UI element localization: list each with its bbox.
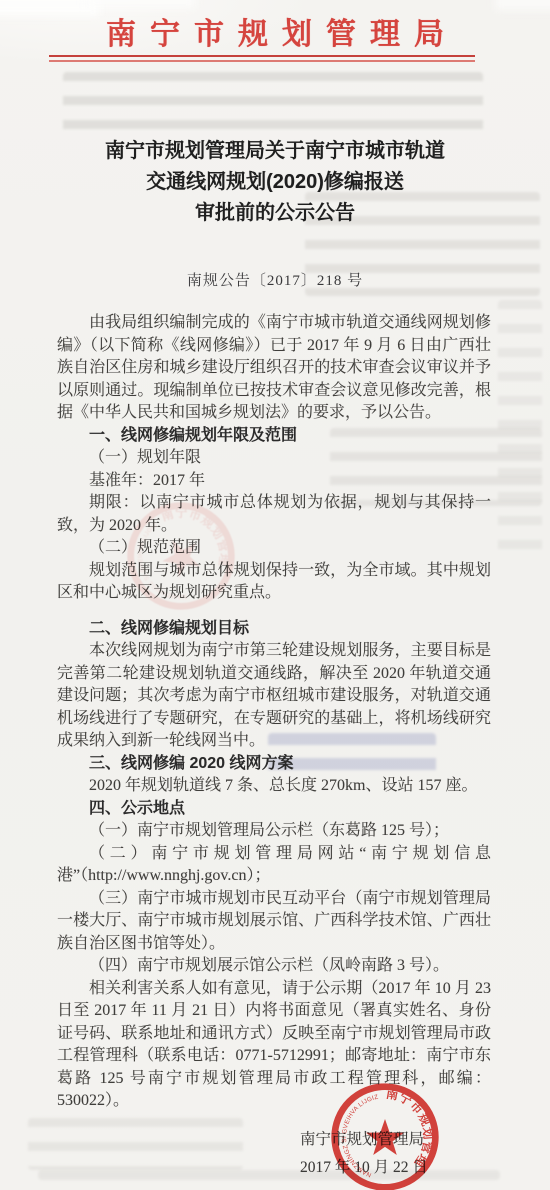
body-paragraph: （二）南宁市规划管理局网站“南宁规划信息港”（http://www.nnghj.… — [57, 843, 491, 888]
body-paragraph: （一）南宁市规划管理局公示栏（东葛路 125 号）； — [57, 820, 491, 843]
scan-artifact — [85, 0, 195, 8]
section-heading: 一、线网修编规划年限及范围 — [57, 425, 491, 448]
seal-star-icon — [156, 531, 206, 581]
title-line-1: 南宁市规划管理局关于南宁市城市轨道 — [0, 136, 550, 167]
body-paragraph: 基准年：2017 年 — [57, 470, 491, 493]
body-paragraph: 2020 年规划轨道线 7 条、总长度 270km、设站 157 座。 — [57, 775, 491, 798]
body-paragraph: 由我局组织编制完成的《南宁市城市轨道交通线网规划修编》（以下简称《线网修编》）已… — [57, 312, 491, 425]
bleedthrough-text — [63, 72, 483, 136]
official-seal-stamp: NAMZNINGZ SI GVEIHVA LIJGIZ 南宁市规划管理局 — [328, 1080, 442, 1190]
letterhead-divider — [49, 55, 475, 62]
document-body: 由我局组织编制完成的《南宁市城市轨道交通线网规划修编》（以下简称《线网修编》）已… — [57, 312, 491, 1113]
section-heading: 四、公示地点 — [57, 798, 491, 821]
seal-star-icon — [366, 1119, 404, 1155]
title-line-3: 审批前的公示公告 — [0, 198, 550, 229]
body-paragraph: （三）南宁市城市规划市民互动平台（南宁市规划管理局一楼大厅、南宁市城市规划展示馆… — [57, 888, 491, 956]
document-title: 南宁市规划管理局关于南宁市城市轨道 交通线网规划(2020)修编报送 审批前的公… — [0, 136, 550, 229]
section-heading: 三、线网修编 2020 线网方案 — [57, 753, 491, 776]
section-heading: 二、线网修编规划目标 — [57, 618, 491, 641]
page: 南宁市规划管理局 南宁市规划管理局关于南宁市城市轨道 交通线网规划(2020)修… — [0, 0, 550, 1190]
document-number: 南规公告〔2017〕218 号 — [0, 270, 550, 292]
body-paragraph: （四）南宁市规划展示馆公示栏（凤岭南路 3 号）。 — [57, 955, 491, 978]
bleedthrough-text — [498, 300, 542, 560]
body-paragraph: （一）规划年限 — [57, 447, 491, 470]
title-line-2: 交通线网规划(2020)修编报送 — [0, 167, 550, 198]
agency-letterhead: 南宁市规划管理局 — [0, 9, 550, 53]
body-paragraph: 本次线网规划为南宁市第三轮建设规划服务，主要目标是完善第二轮建设规划轨道交通线路… — [57, 640, 491, 753]
bleedthrough-text — [28, 1118, 243, 1170]
